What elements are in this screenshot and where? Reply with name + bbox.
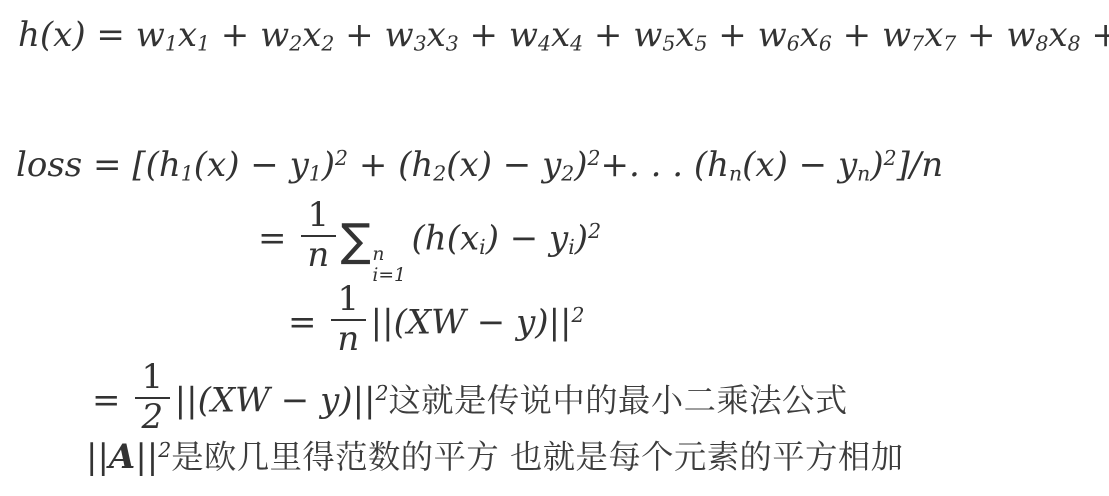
math-token-sub: 1: [309, 161, 322, 185]
note-euclidean-norm: ||A||2是欧几里得范数的平方 也就是每个元素的平方相加: [86, 436, 904, 479]
math-token-m: ]/n: [897, 145, 944, 185]
math-token-sub: 6: [787, 31, 800, 55]
math-token-m: +: [832, 15, 882, 55]
math-token-m: +: [210, 15, 260, 55]
math-token-m: +: [1081, 15, 1109, 55]
math-token-sub: 3: [446, 31, 459, 55]
fraction-numerator: 1: [301, 198, 336, 237]
formula-least-squares: = 12||(XW − y)||2这就是传说中的最小二乘法公式: [92, 360, 848, 445]
math-token-m: =: [288, 302, 327, 342]
math-token-m: h(x) =: [18, 15, 136, 55]
math-token-m: (x) − y: [742, 145, 857, 185]
math-token-m: +: [583, 15, 633, 55]
math-token-m: ||: [135, 437, 158, 477]
math-token-m: ): [322, 145, 335, 185]
math-token-supsub: ni=1: [372, 245, 406, 287]
math-token-m: x: [427, 15, 446, 55]
fraction-denominator: n: [331, 321, 366, 358]
math-token-sub: n: [857, 161, 870, 185]
math-token-m: w: [260, 15, 289, 55]
formula-hypothesis-function: h(x) = w1x1 + w2x2 + w3x3 + w4x4 + w5x5 …: [18, 14, 1109, 57]
math-token-m: x: [1048, 15, 1067, 55]
math-token-sub: 2: [561, 161, 574, 185]
math-token-m: w: [1006, 15, 1035, 55]
math-token-m: ) − y: [486, 218, 569, 258]
formula-document: h(x) = w1x1 + w2x2 + w3x3 + w4x4 + w5x5 …: [0, 0, 1109, 496]
math-token-sub: 8: [1035, 31, 1048, 55]
math-token-m: =: [258, 218, 297, 258]
math-token-mb: A: [109, 437, 135, 477]
math-token-m: w: [384, 15, 413, 55]
math-token-sub: 1: [181, 161, 194, 185]
math-token-m: w: [758, 15, 787, 55]
math-token-sub: 7: [911, 31, 924, 55]
math-token-m: x: [675, 15, 694, 55]
math-token-m: ): [870, 145, 883, 185]
formula-loss-summation: = 1n∑ni=1(h(xi) − yi)2: [258, 198, 601, 286]
math-token-sup: 2: [375, 381, 388, 405]
math-token-sup: 2: [158, 438, 171, 462]
math-token-sup: 2: [335, 146, 348, 170]
math-token-m: ): [575, 218, 588, 258]
math-token-m: w: [136, 15, 165, 55]
math-token-m: (x) − y: [194, 145, 309, 185]
fraction-denominator: n: [301, 237, 336, 274]
math-token-sub: 2: [321, 31, 334, 55]
math-token-cjk: 这就是传说中的最小二乘法公式: [388, 381, 847, 419]
math-token-sub: 6: [819, 31, 832, 55]
sum-upper-limit: n: [372, 245, 406, 266]
math-token-sup: 2: [588, 219, 601, 243]
math-token-sub: 5: [695, 31, 708, 55]
math-token-m: =: [92, 380, 131, 420]
math-token-m: ||(XW − y)||: [371, 302, 572, 342]
math-token-m: +: [956, 15, 1006, 55]
formula-loss-matrix-norm: = 1n||(XW − y)||2: [288, 282, 584, 367]
math-token-sub: 1: [197, 31, 210, 55]
math-token-m: x: [551, 15, 570, 55]
math-token-sup: 2: [571, 303, 584, 327]
math-token-m: x: [178, 15, 197, 55]
math-token-m: w: [882, 15, 911, 55]
formula-loss-expanded: loss = [(h1(x) − y1)2 + (h2(x) − y2)2+. …: [16, 144, 943, 187]
fraction-denominator: 2: [135, 399, 170, 436]
math-token-m: x: [924, 15, 943, 55]
fraction-numerator: 1: [135, 360, 170, 399]
math-token-m: (h(x: [412, 218, 480, 258]
math-token-frac: 12: [135, 360, 170, 436]
math-token-frac: 1n: [331, 282, 366, 358]
math-token-sub: 7: [943, 31, 956, 55]
fraction-numerator: 1: [331, 282, 366, 321]
math-token-m: x: [800, 15, 819, 55]
math-token-m: +. . . (h: [601, 145, 730, 185]
math-token-sub: 3: [414, 31, 427, 55]
math-token-m: ||(XW − y)||: [175, 380, 376, 420]
math-token-cjk: 是欧几里得范数的平方 也就是每个元素的平方相加: [171, 438, 903, 476]
math-token-m: +: [334, 15, 384, 55]
math-token-m: loss = [(h: [16, 145, 181, 185]
math-token-m: x: [302, 15, 321, 55]
math-token-sub: 2: [289, 31, 302, 55]
math-token-m: ): [574, 145, 587, 185]
math-token-sub: 8: [1068, 31, 1081, 55]
math-token-m: w: [509, 15, 538, 55]
math-token-frac: 1n: [301, 198, 336, 274]
math-token-sup: 2: [588, 146, 601, 170]
math-token-m: +: [459, 15, 509, 55]
math-token-sub: 2: [433, 161, 446, 185]
math-token-sub: 1: [165, 31, 178, 55]
math-token-m: (x) − y: [446, 145, 561, 185]
math-token-m: + (h: [348, 145, 433, 185]
math-token-sub: n: [729, 161, 742, 185]
math-token-sub: 4: [570, 31, 583, 55]
math-token-sub: 5: [662, 31, 675, 55]
math-token-sup: 2: [884, 146, 897, 170]
math-token-op: ∑: [341, 214, 371, 267]
math-token-m: +: [707, 15, 757, 55]
math-token-m: w: [633, 15, 662, 55]
math-token-sub: 4: [538, 31, 551, 55]
math-token-m: ||: [86, 437, 109, 477]
